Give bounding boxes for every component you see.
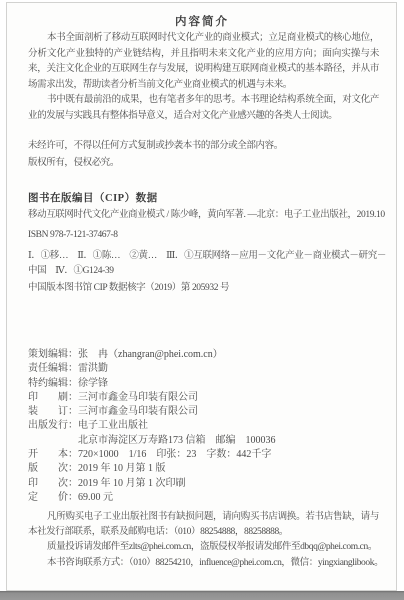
colophon-value: 徐学锋 xyxy=(78,378,108,389)
colophon-value: 720×1000 1/16 印张：23 字数：442千字 xyxy=(78,449,271,460)
colophon-label: 责任编辑： xyxy=(28,363,78,374)
colophon-value: 2019 年 10 月第 1 版 xyxy=(78,463,166,474)
colophon-row-edition: 版 次：2019 年 10 月第 1 版 xyxy=(28,462,392,476)
colophon-row-responsible-editor: 责任编辑：雷洪勤 xyxy=(28,362,392,376)
colophon-label: 出版发行： xyxy=(28,420,78,431)
colophon-label xyxy=(28,435,78,446)
copyright-notice-line-2: 版权所有，侵权必究。 xyxy=(28,155,379,172)
cip-isbn: ISBN 978-7-121-37467-8 xyxy=(28,228,379,244)
colophon-row-planning-editor: 策划编辑：张 冉（zhangran@phei.com.cn） xyxy=(28,348,392,362)
intro-paragraph-1: 本书全面剖析了移动互联网时代文化产业的商业模式；立足商业模式的核心地位，分析文化… xyxy=(28,31,379,93)
colophon-row-format: 开 本：720×1000 1/16 印张：23 字数：442千字 xyxy=(28,448,392,462)
colophon-value: 雷洪勤 xyxy=(78,363,108,374)
footer-complaints-note: 质量投诉请发邮件至zlts@phei.com.cn，盗版侵权举报请发邮件至dbq… xyxy=(28,540,379,555)
colophon-row-price: 定 价：69.00 元 xyxy=(28,491,392,505)
colophon-label: 特约编辑： xyxy=(28,378,78,389)
intro-paragraph-2: 书中既有最前沿的成果，也有笔者多年的思考。本书理论结构系统全面，对文化产业的发展… xyxy=(28,93,379,124)
colophon-row-printing: 印 刷：三河市鑫金马印装有限公司 xyxy=(28,391,392,405)
colophon-label: 定 价： xyxy=(28,492,78,503)
colophon-label: 开 本： xyxy=(28,449,78,460)
copyright-notice: 未经许可，不得以任何方式复制或抄袭本书的部分或全部内容。 版权所有，侵权必究。 xyxy=(28,138,379,171)
intro-section: 本书全面剖析了移动互联网时代文化产业的商业模式；立足商业模式的核心地位，分析文化… xyxy=(28,31,379,124)
colophon-value: 北京市海淀区万寿路173 信箱 邮编 100036 xyxy=(78,435,276,446)
colophon-label: 版 次： xyxy=(28,463,78,474)
footer-notes: 凡所购买电子工业出版社图书有缺损问题，请向购买书店调换。若书店售缺，请与本社发行… xyxy=(28,510,379,571)
cip-heading: 图书在版编目（CIP）数据 xyxy=(28,191,379,207)
colophon: 策划编辑：张 冉（zhangran@phei.com.cn） 责任编辑：雷洪勤 … xyxy=(28,348,392,505)
colophon-label: 印 刷： xyxy=(28,392,78,403)
colophon-value: 张 冉（zhangran@phei.com.cn） xyxy=(78,349,223,360)
colophon-label: 印 次： xyxy=(28,478,78,489)
footer-contact-note: 本书咨询联系方式：（010）88254210，influence@phei.co… xyxy=(28,556,379,571)
colophon-row-impression: 印 次：2019 年 10 月第 1 次印刷 xyxy=(28,477,392,491)
scan-bottom-shadow xyxy=(0,591,404,600)
cip-record: 移动互联网时代文化产业商业模式 / 陈少峰，黄向军著. —北京：电子工业出版社，… xyxy=(28,208,392,224)
colophon-row-publisher-address: 北京市海淀区万寿路173 信箱 邮编 100036 xyxy=(28,434,392,448)
intro-title: 内容简介 xyxy=(0,13,404,29)
colophon-label: 策划编辑： xyxy=(28,349,78,360)
colophon-value: 2019 年 10 月第 1 次印刷 xyxy=(78,478,186,489)
colophon-row-binding: 装 订：三河市鑫金马印装有限公司 xyxy=(28,405,392,419)
colophon-value: 三河市鑫金马印装有限公司 xyxy=(78,406,198,417)
colophon-value: 三河市鑫金马印装有限公司 xyxy=(78,392,198,403)
cip-registry: 中国版本图书馆 CIP 数据核字（2019）第 205932 号 xyxy=(28,281,379,297)
colophon-value: 电子工业出版社 xyxy=(78,420,148,431)
colophon-row-special-editor: 特约编辑：徐学锋 xyxy=(28,377,392,391)
colophon-row-publisher: 出版发行：电子工业出版社 xyxy=(28,419,392,433)
cip-classification: Ⅰ．①移… Ⅱ．①陈… ②黄… Ⅲ．①互联网络－应用－文化产业－商业模式－研究－… xyxy=(28,249,386,278)
copyright-notice-line-1: 未经许可，不得以任何方式复制或抄袭本书的部分或全部内容。 xyxy=(28,138,379,155)
colophon-value: 69.00 元 xyxy=(78,492,113,503)
footer-returns-note: 凡所购买电子工业出版社图书有缺损问题，请向购买书店调换。若书店售缺，请与本社发行… xyxy=(28,510,379,540)
colophon-label: 装 订： xyxy=(28,406,78,417)
